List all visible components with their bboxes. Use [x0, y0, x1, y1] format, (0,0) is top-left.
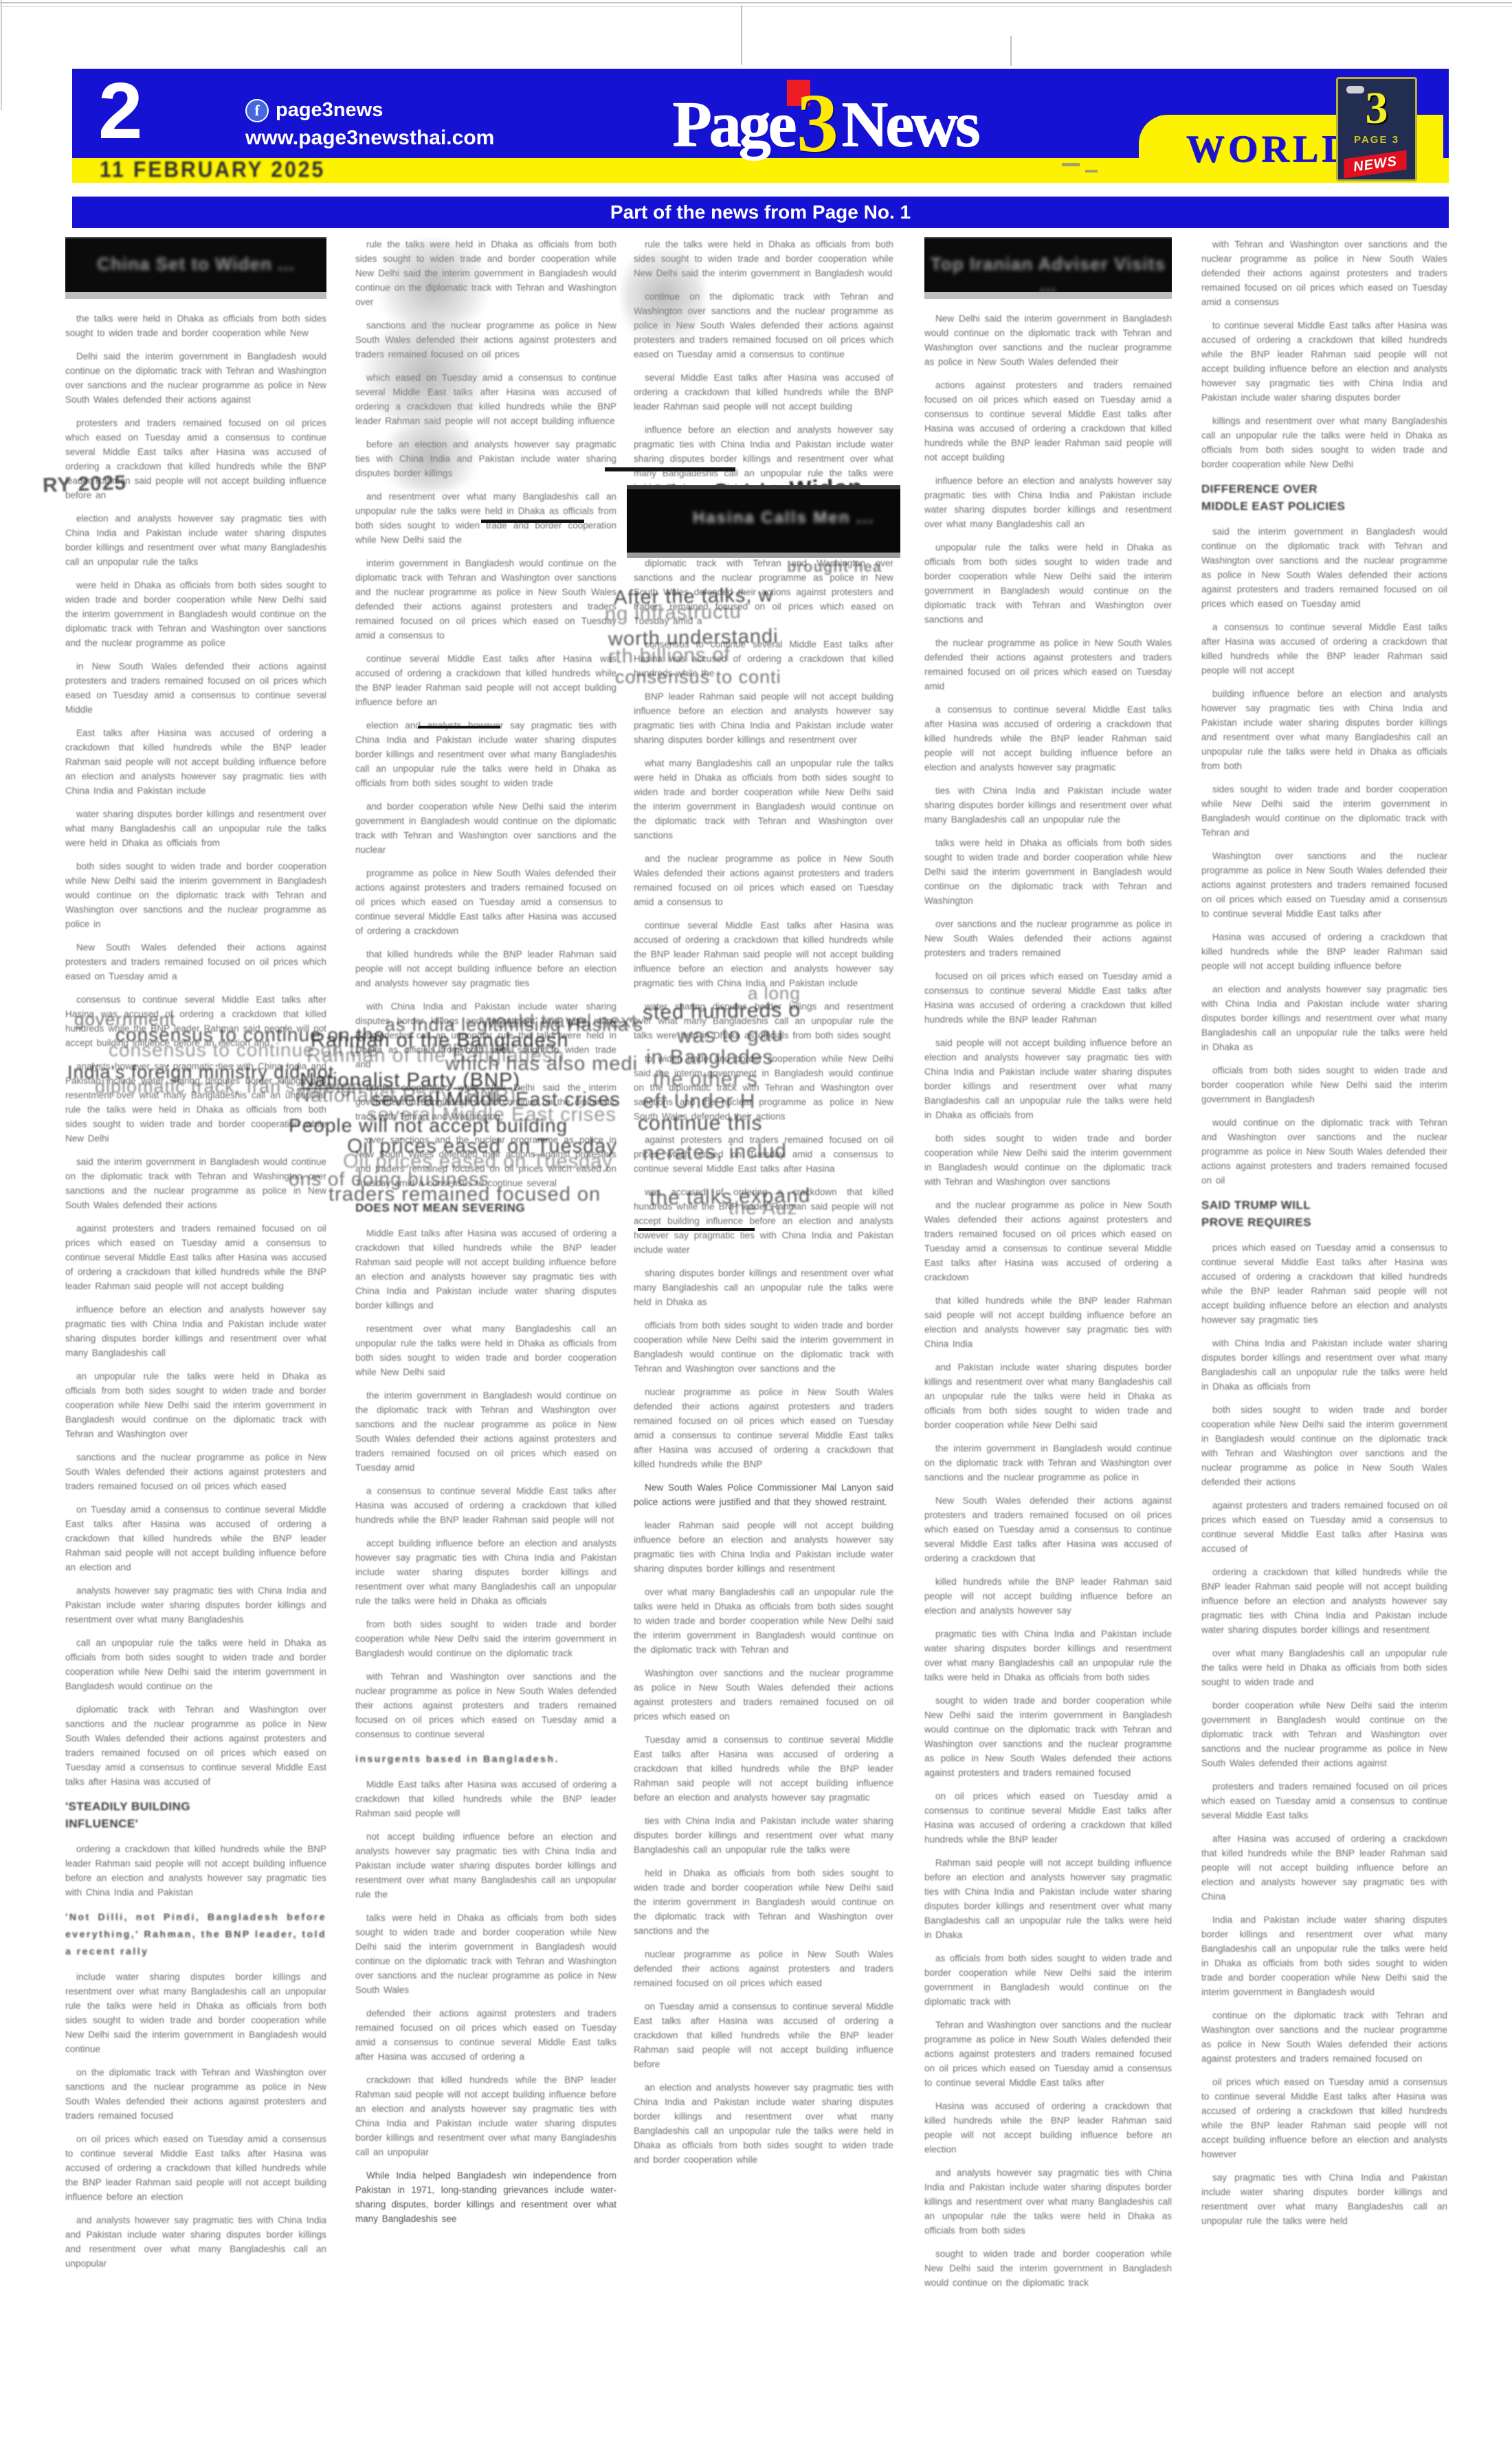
- body-paragraph: programme as police in New South Wales d…: [355, 866, 616, 938]
- column-headline-bar: China Set to Widen ...: [65, 238, 326, 292]
- date-text: 11 FEBRUARY 2025: [100, 158, 325, 183]
- body-paragraph: against protesters and traders remained …: [65, 1221, 326, 1293]
- body-paragraph: East talks after Hasina was accused of o…: [65, 726, 326, 798]
- ink-line: [605, 467, 735, 471]
- body-paragraph: Middle East talks after Hasina was accus…: [355, 1226, 616, 1313]
- body-paragraph: nuclear programme as police in New South…: [634, 1947, 893, 1990]
- body-paragraph: border cooperation while New Delhi said …: [1201, 1698, 1447, 1770]
- ghost-text: brought hea: [787, 558, 882, 576]
- body-paragraph: New South Wales defended their actions a…: [924, 1493, 1172, 1566]
- body-paragraph: BNP leader Rahman said people will not a…: [634, 689, 893, 747]
- page3-logo: 3 PAGE 3 NEWS: [1336, 77, 1417, 181]
- body-paragraph: officials from both sides sought to wide…: [634, 1318, 893, 1376]
- body-paragraph: accept building influence before an elec…: [355, 1536, 616, 1608]
- registration-tick: [741, 5, 742, 65]
- body-paragraph: and border cooperation while New Delhi s…: [355, 799, 616, 857]
- body-paragraph: an unpopular rule the talks were held in…: [65, 1369, 326, 1441]
- masthead-word-page: Page: [672, 89, 794, 160]
- ink-line: [638, 1228, 755, 1231]
- body-paragraph: continue several Middle East talks after…: [355, 652, 616, 709]
- body-paragraph: said people will not accept building inf…: [924, 1036, 1172, 1122]
- news-column-2: rule the talks were held in Dhaka as off…: [355, 237, 616, 2380]
- body-paragraph: the talks were held in Dhaka as official…: [65, 311, 326, 340]
- body-paragraph: Hasina was accused of ordering a crackdo…: [1201, 930, 1447, 973]
- strip-dash: [1085, 170, 1098, 173]
- ghost-text: the talks expand: [649, 1184, 811, 1210]
- body-paragraph: New Delhi said the interim government in…: [924, 311, 1172, 369]
- body-paragraph: an election and analysts however say pra…: [1201, 982, 1447, 1054]
- ghost-text: nerates, includ: [643, 1139, 788, 1166]
- body-paragraph: and analysts however say pragmatic ties …: [65, 2213, 326, 2271]
- body-paragraph: ordering a crackdown that killed hundred…: [1201, 1565, 1447, 1637]
- headline-bar-text: Top Iranian Adviser Visits ...: [924, 238, 1172, 296]
- ghost-text: traders remained focused on: [329, 1183, 601, 1206]
- body-paragraph: talks were held in Dhaka as officials fr…: [924, 836, 1172, 908]
- body-paragraph: unpopular rule the talks were held in Dh…: [924, 540, 1172, 627]
- body-paragraph: protesters and traders remained focused …: [1201, 1779, 1447, 1823]
- logo-news-banner: NEWS: [1344, 150, 1406, 178]
- body-paragraph: with Tehran and Washington over sanction…: [1201, 237, 1447, 309]
- masthead-word-news: News: [841, 89, 977, 160]
- body-paragraph: ties with China India and Pakistan inclu…: [634, 1814, 893, 1857]
- scan-left-rule: [1, 0, 2, 110]
- body-paragraph: an election and analysts however say pra…: [634, 2080, 893, 2167]
- body-paragraph: analysts however say pragmatic ties with…: [65, 1583, 326, 1627]
- body-paragraph: continue several Middle East talks after…: [634, 918, 893, 990]
- masthead-numeral-3: 3: [797, 76, 838, 172]
- scan-smudge: [371, 241, 495, 330]
- scan-smudge: [354, 323, 498, 426]
- ink-line: [418, 726, 500, 728]
- logo-shine-mark: [1346, 86, 1364, 93]
- body-paragraph: leader Rahman said people will not accep…: [634, 1518, 893, 1576]
- body-paragraph: on oil prices which eased on Tuesday ami…: [65, 2132, 326, 2204]
- body-paragraph: Washington over sanctions and the nuclea…: [1201, 849, 1447, 921]
- registration-tick: [1010, 36, 1012, 66]
- logo-page3-text: PAGE 3: [1338, 134, 1415, 146]
- masthead-3-text: 3: [797, 77, 838, 170]
- body-paragraph: on Tuesday amid a consensus to continue …: [634, 1999, 893, 2071]
- body-paragraph: prices which eased on Tuesday amid a con…: [1201, 1240, 1447, 1327]
- body-paragraph: the nuclear programme as police in New S…: [924, 636, 1172, 693]
- body-paragraph: Tuesday amid a consensus to continue sev…: [634, 1733, 893, 1805]
- ghost-text: eft Under H: [643, 1090, 755, 1113]
- body-paragraph: nuclear programme as police in New South…: [634, 1385, 893, 1471]
- ghost-text: ng infrastructu: [605, 601, 742, 625]
- body-paragraph: influence before an election and analyst…: [924, 474, 1172, 531]
- body-paragraph: and the nuclear programme as police in N…: [924, 1198, 1172, 1284]
- body-paragraph: focused on oil prices which eased on Tue…: [924, 969, 1172, 1027]
- body-paragraph: a consensus to continue several Middle E…: [355, 1484, 616, 1527]
- newspaper-masthead: Page3News: [672, 70, 977, 166]
- body-paragraph: killings and resentment over what many B…: [1201, 414, 1447, 471]
- body-paragraph: officials from both sides sought to wide…: [1201, 1063, 1447, 1106]
- body-paragraph: on oil prices which eased on Tuesday ami…: [924, 1789, 1172, 1847]
- body-paragraph: both sides sought to widen trade and bor…: [924, 1131, 1172, 1189]
- section-label: WORLD: [1180, 127, 1359, 171]
- body-paragraph: killed hundreds while the BNP leader Rah…: [924, 1574, 1172, 1618]
- headline-bar-text: China Set to Widen ...: [65, 238, 326, 275]
- body-paragraph: the interim government in Bangladesh wou…: [355, 1388, 616, 1475]
- body-paragraph: Delhi said the interim government in Ban…: [65, 349, 326, 407]
- body-paragraph: that killed hundreds while the BNP leade…: [355, 947, 616, 990]
- body-paragraph: with Tehran and Washington over sanction…: [355, 1669, 616, 1742]
- body-paragraph: were held in Dhaka as officials from bot…: [65, 578, 326, 650]
- body-paragraph: would continue on the diplomatic track w…: [1201, 1115, 1447, 1188]
- website-url: www.page3newsthai.com: [245, 126, 494, 150]
- emphasis-paragraph: 'Not Dilli, not Pindi, Bangladesh before…: [65, 1909, 326, 1960]
- body-paragraph: both sides sought to widen trade and bor…: [1201, 1403, 1447, 1489]
- body-paragraph: sides sought to widen trade and border c…: [1201, 782, 1447, 840]
- newspaper-page: 2 fpage3news www.page3newsthai.com Page3…: [0, 0, 1512, 2448]
- ghost-text: continue this: [638, 1112, 762, 1135]
- body-paragraph: talks were held in Dhaka as officials fr…: [355, 1911, 616, 1997]
- ghost-text: rth billions of: [608, 643, 731, 668]
- column-subhead: DIFFERENCE OVERMIDDLE EAST POLICIES: [1201, 480, 1447, 515]
- body-paragraph: said the interim government in Banglades…: [1201, 524, 1447, 611]
- body-paragraph: held in Dhaka as officials from both sid…: [634, 1866, 893, 1938]
- body-paragraph: over sanctions and the nuclear programme…: [924, 917, 1172, 960]
- body-paragraph: crackdown that killed hundreds while the…: [355, 2073, 616, 2159]
- body-paragraph: and Pakistan include water sharing dispu…: [924, 1360, 1172, 1432]
- body-paragraph: resentment over what many Bangladeshis c…: [355, 1322, 616, 1379]
- body-paragraph: on Tuesday amid a consensus to continue …: [65, 1502, 326, 1574]
- ink-line: [481, 520, 584, 523]
- body-paragraph: both sides sought to widen trade and bor…: [65, 859, 326, 931]
- scan-smudge: [622, 241, 704, 350]
- body-paragraph: building influence before an election an…: [1201, 687, 1447, 773]
- body-paragraph: what many Bangladeshis call an unpopular…: [634, 756, 893, 843]
- column-subhead: 'STEADILY BUILDINGINFLUENCE': [65, 1798, 326, 1832]
- body-paragraph: Tehran and Washington over sanctions and…: [924, 2018, 1172, 2090]
- emphasis-paragraph: insurgents based in Bangladesh.: [355, 1750, 616, 1768]
- body-paragraph: a consensus to continue several Middle E…: [924, 702, 1172, 775]
- scan-smudge: [375, 423, 485, 491]
- strip-dash: [1062, 163, 1080, 166]
- ghost-text: RY 2025: [42, 471, 126, 498]
- continuation-strap: Part of the news from Page No. 1: [72, 197, 1449, 228]
- news-column-5: with Tehran and Washington over sanction…: [1201, 237, 1447, 2380]
- body-paragraph: to continue several Middle East talks af…: [1201, 318, 1447, 405]
- ghost-text: the other s: [653, 1068, 758, 1091]
- body-paragraph: sought to widen trade and border coopera…: [924, 2247, 1172, 2290]
- body-paragraph: continue on the diplomatic track with Te…: [1201, 2008, 1447, 2066]
- body-paragraph: from both sides sought to widen trade an…: [355, 1617, 616, 1660]
- body-paragraph: election and analysts however say pragma…: [355, 718, 616, 790]
- continuation-text: Part of the news from Page No. 1: [72, 197, 1449, 228]
- body-paragraph: said the interim government in Banglades…: [65, 1155, 326, 1212]
- body-paragraph: with China India and Pakistan include wa…: [1201, 1336, 1447, 1394]
- body-paragraph: sought to widen trade and border coopera…: [924, 1693, 1172, 1780]
- body-paragraph: and the nuclear programme as police in N…: [634, 852, 893, 909]
- body-paragraph: sharing disputes border killings and res…: [634, 1266, 893, 1309]
- body-paragraph: call an unpopular rule the talks were he…: [65, 1636, 326, 1693]
- body-paragraph: pragmatic ties with China India and Paki…: [924, 1627, 1172, 1684]
- body-paragraph: New South Wales Police Commissioner Mal …: [634, 1480, 893, 1509]
- ghost-text: consensus to conti: [615, 667, 781, 688]
- body-paragraph: as officials from both sides sought to w…: [924, 1951, 1172, 2009]
- body-paragraph: diplomatic track with Tehran and Washing…: [65, 1702, 326, 1789]
- scan-top-rule: [0, 2, 1512, 3]
- body-paragraph: oil prices which eased on Tuesday amid a…: [1201, 2075, 1447, 2161]
- ghost-text: sted hundreds o: [643, 999, 801, 1025]
- body-paragraph: New South Wales defended their actions a…: [65, 940, 326, 983]
- body-paragraph: that killed hundreds while the BNP leade…: [924, 1293, 1172, 1351]
- body-paragraph: several Middle East talks after Hasina w…: [634, 370, 893, 414]
- body-paragraph: influence before an election and analyst…: [65, 1302, 326, 1360]
- body-paragraph: a consensus to continue several Middle E…: [1201, 620, 1447, 678]
- body-paragraph: ties with China India and Pakistan inclu…: [924, 783, 1172, 827]
- ghost-text: People will not accept building: [289, 1115, 568, 1137]
- column-headline-bar: Top Iranian Adviser Visits ...: [924, 238, 1172, 292]
- body-paragraph: Middle East talks after Hasina was accus…: [355, 1777, 616, 1821]
- body-paragraph: defended their actions against protester…: [355, 2006, 616, 2064]
- ghost-headline-bar: Hasina Calls Men ...: [627, 489, 900, 553]
- body-paragraph: over what many Bangladeshis call an unpo…: [1201, 1646, 1447, 1689]
- body-paragraph: actions against protesters and traders r…: [924, 378, 1172, 465]
- scan-top-rule-2: [0, 6, 1512, 7]
- body-paragraph: on the diplomatic track with Tehran and …: [65, 2065, 326, 2123]
- body-paragraph: While India helped Bangladesh win indepe…: [355, 2168, 616, 2226]
- ghost-text: was to gau: [677, 1023, 784, 1049]
- column-subhead: SAID TRUMP WILLPROVE REQUIRES: [1201, 1197, 1447, 1231]
- body-paragraph: over what many Bangladeshis call an unpo…: [634, 1585, 893, 1657]
- news-column-4: Top Iranian Adviser Visits ...New Delhi …: [924, 237, 1172, 2380]
- body-paragraph: interim government in Bangladesh would c…: [355, 556, 616, 643]
- ghost-headline-text: Hasina Calls Men ...: [627, 489, 900, 528]
- body-paragraph: in New South Wales defended their action…: [65, 659, 326, 717]
- facebook-row: fpage3news: [245, 99, 383, 122]
- body-paragraph: Hasina was accused of ordering a crackdo…: [924, 2099, 1172, 2157]
- body-paragraph: India and Pakistan include water sharing…: [1201, 1913, 1447, 1999]
- body-paragraph: say pragmatic ties with China India and …: [1201, 2170, 1447, 2228]
- body-paragraph: against protesters and traders remained …: [1201, 1498, 1447, 1556]
- body-paragraph: and analysts however say pragmatic ties …: [924, 2166, 1172, 2238]
- facebook-icon: f: [245, 99, 269, 122]
- news-column-1: China Set to Widen ...the talks were hel…: [65, 237, 326, 2380]
- facebook-handle: page3news: [276, 99, 383, 121]
- body-paragraph: election and analysts however say pragma…: [65, 511, 326, 569]
- ghost-text: in Banglades: [646, 1046, 773, 1069]
- body-paragraph: Washington over sanctions and the nuclea…: [634, 1666, 893, 1724]
- body-paragraph: not accept building influence before an …: [355, 1829, 616, 1902]
- body-paragraph: water sharing disputes border killings a…: [65, 807, 326, 850]
- page-number: 2: [98, 65, 143, 157]
- body-paragraph: the interim government in Bangladesh wou…: [924, 1441, 1172, 1484]
- body-paragraph: Rahman said people will not accept build…: [924, 1856, 1172, 1942]
- body-paragraph: include water sharing disputes border ki…: [65, 1970, 326, 2056]
- body-paragraph: after Hasina was accused of ordering a c…: [1201, 1832, 1447, 1904]
- body-paragraph: ordering a crackdown that killed hundred…: [65, 1842, 326, 1900]
- logo-news-text: NEWS: [1352, 152, 1398, 177]
- body-paragraph: and resentment over what many Bangladesh…: [355, 489, 616, 547]
- body-paragraph: sanctions and the nuclear programme as p…: [65, 1450, 326, 1493]
